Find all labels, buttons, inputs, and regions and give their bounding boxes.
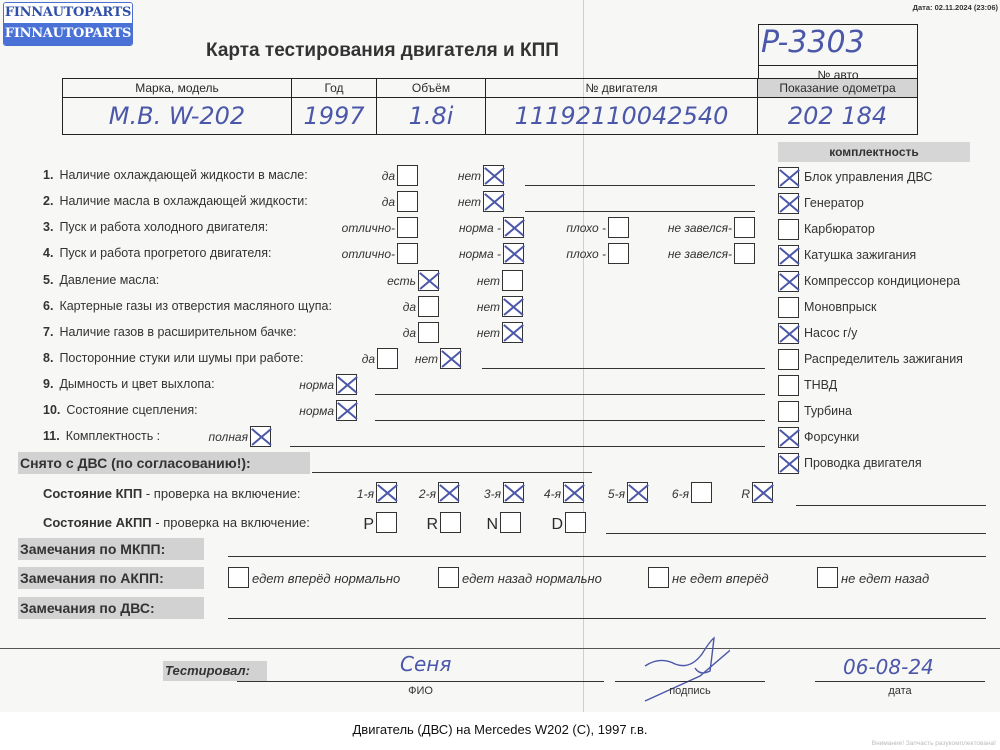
gear-label: 5-я — [608, 487, 625, 501]
position-checkbox[interactable] — [376, 512, 397, 533]
kit-item-checkbox[interactable] — [778, 167, 799, 188]
option-label: да — [382, 169, 395, 183]
question-text: Пуск и работа прогретого двигателя: — [59, 246, 271, 260]
position-checkbox[interactable] — [565, 512, 586, 533]
kit-item-label: Компрессор кондиционера — [804, 274, 960, 288]
q4-option-4-checkbox[interactable] — [734, 243, 755, 264]
question-8: 8.Посторонние стуки или шумы при работе: — [43, 351, 303, 365]
removed-from-engine-label: Снято с ДВС (по согласованию!): — [18, 452, 310, 474]
question-5: 5.Давление масла: — [43, 273, 159, 287]
gear-checkbox[interactable] — [376, 482, 397, 503]
option-label: полная — [209, 430, 248, 444]
value-year: 1997 — [292, 98, 377, 135]
tested-by-label: Тестировал: — [163, 661, 267, 681]
watermark: Внимание! Запчасть разукомплектована! — [872, 740, 996, 747]
question-text: Пуск и работа холодного двигателя: — [59, 220, 268, 234]
gear-checkbox[interactable] — [438, 482, 459, 503]
question-number: 2. — [43, 194, 53, 208]
answer-line[interactable] — [525, 211, 755, 212]
question-11: 11.Комплектность : — [43, 429, 160, 443]
question-number: 9. — [43, 377, 53, 391]
answer-line[interactable] — [482, 368, 765, 369]
date-caption: дата — [815, 685, 985, 697]
option-label: норма — [299, 404, 334, 418]
option-label: норма - — [459, 247, 501, 261]
kit-item-checkbox[interactable] — [778, 375, 799, 396]
option-label: да — [362, 352, 375, 366]
position-checkbox[interactable] — [500, 512, 521, 533]
kit-item-label: Насос г/у — [804, 326, 857, 340]
removed-line — [312, 472, 592, 473]
option-label: нет — [415, 352, 438, 366]
question-number: 3. — [43, 220, 53, 234]
date-stamp: Дата: 02.11.2024 (23:06) — [913, 3, 998, 12]
kit-header: комплектность — [778, 142, 970, 162]
q8-option-2-checkbox[interactable] — [440, 348, 461, 369]
position-label: N — [486, 516, 498, 534]
option-label: отлично- — [342, 247, 395, 261]
q2-option-2-checkbox[interactable] — [483, 191, 504, 212]
kit-item-label: Генератор — [804, 196, 864, 210]
question-number: 11. — [43, 429, 60, 443]
answer-line[interactable] — [525, 185, 755, 186]
value-make-model: M.B. W-202 — [63, 98, 292, 135]
q5-option-1-checkbox[interactable] — [418, 270, 439, 291]
option-label: плохо - — [566, 221, 606, 235]
q6-option-1-checkbox[interactable] — [418, 296, 439, 317]
q2-option-1-checkbox[interactable] — [397, 191, 418, 212]
kit-item-checkbox[interactable] — [778, 401, 799, 422]
question-9: 9.Дымность и цвет выхлопа: — [43, 377, 215, 391]
auto-remark-label: не едет вперёд — [672, 571, 769, 586]
kit-item-label: Блок управления ДВС — [804, 170, 932, 184]
question-1: 1.Наличие охлаждающей жидкости в масле: — [43, 168, 308, 182]
option-label: да — [382, 195, 395, 209]
question-text: Посторонние стуки или шумы при работе: — [59, 351, 303, 365]
q4-option-2-checkbox[interactable] — [503, 243, 524, 264]
auto-remark-checkbox[interactable] — [648, 567, 669, 588]
option-label: да — [403, 326, 416, 340]
remarks-manual-label: Замечания по МКПП: — [18, 538, 204, 560]
auto-gearbox-label: Состояние АКПП - проверка на включение: — [43, 515, 310, 530]
kit-item-label: Карбюратор — [804, 222, 875, 236]
auto-remark-checkbox[interactable] — [438, 567, 459, 588]
kit-item-label: Катушка зажигания — [804, 248, 916, 262]
q6-option-2-checkbox[interactable] — [502, 296, 523, 317]
option-label: не завелся- — [668, 247, 732, 261]
kit-item-checkbox[interactable] — [778, 193, 799, 214]
manual-gearbox-line — [796, 505, 986, 506]
test-date: 06-08-24 — [843, 655, 934, 679]
option-label: отлично- — [342, 221, 395, 235]
image-caption: Двигатель (ДВС) на Mercedes W202 (C), 19… — [0, 722, 1000, 737]
kit-item-checkbox[interactable] — [778, 427, 799, 448]
auto-gearbox-line — [606, 533, 986, 534]
question-4: 4.Пуск и работа прогретого двигателя: — [43, 246, 271, 260]
answer-line[interactable] — [375, 420, 765, 421]
auto-number-value: P-3303 — [761, 25, 865, 60]
question-number: 7. — [43, 325, 53, 339]
gear-checkbox[interactable] — [563, 482, 584, 503]
question-text: Наличие масла в охлаждающей жидкости: — [59, 194, 307, 208]
name-caption: ФИО — [237, 685, 604, 697]
kit-item-checkbox[interactable] — [778, 297, 799, 318]
kit-item-label: ТНВД — [804, 378, 837, 392]
auto-gearbox-label-rest: - проверка на включение: — [152, 515, 310, 530]
option-label: есть — [387, 274, 416, 288]
question-number: 10. — [43, 403, 60, 417]
question-text: Состояние сцепления: — [66, 403, 197, 417]
question-text: Комплектность : — [66, 429, 160, 443]
gear-checkbox[interactable] — [503, 482, 524, 503]
col-odometer: Показание одометра — [758, 79, 918, 98]
q8-option-1-checkbox[interactable] — [377, 348, 398, 369]
col-make-model: Марка, модель — [63, 79, 292, 98]
q3-option-3-checkbox[interactable] — [608, 217, 629, 238]
divider-line — [0, 648, 1000, 649]
q3-option-1-checkbox[interactable] — [397, 217, 418, 238]
gear-label: R — [741, 487, 750, 501]
auto-number-box: P-3303 № авто — [758, 24, 918, 84]
kit-item-checkbox[interactable] — [778, 323, 799, 344]
option-label: нет — [477, 274, 500, 288]
gear-label: 2-я — [419, 487, 436, 501]
question-text: Дымность и цвет выхлопа: — [59, 377, 214, 391]
q10-option-1-checkbox[interactable] — [336, 400, 357, 421]
question-number: 5. — [43, 273, 53, 287]
answer-line[interactable] — [375, 394, 765, 395]
gear-label: 3-я — [484, 487, 501, 501]
q3-option-4-checkbox[interactable] — [734, 217, 755, 238]
option-label: норма - — [459, 221, 501, 235]
kit-item-checkbox[interactable] — [778, 271, 799, 292]
manual-gearbox-label: Состояние КПП - проверка на включение: — [43, 486, 300, 501]
manual-gearbox-label-rest: - проверка на включение: — [142, 486, 300, 501]
answer-line[interactable] — [290, 446, 765, 447]
kit-item-checkbox[interactable] — [778, 349, 799, 370]
brand-logo-line2: FINNAUTOPARTS — [4, 23, 132, 46]
auto-remark-label: едет вперёд нормально — [252, 571, 400, 586]
test-card-document: FINNAUTOPARTS FINNAUTOPARTS Дата: 02.11.… — [0, 0, 1000, 712]
question-number: 1. — [43, 168, 53, 182]
q4-option-1-checkbox[interactable] — [397, 243, 418, 264]
auto-gearbox-label-bold: Состояние АКПП — [43, 515, 152, 530]
position-checkbox[interactable] — [440, 512, 461, 533]
col-year: Год — [292, 79, 377, 98]
signature — [640, 636, 730, 681]
col-volume: Объём — [377, 79, 486, 98]
remarks-auto-label: Замечания по АКПП: — [18, 567, 204, 589]
option-label: нет — [458, 169, 481, 183]
q1-option-1-checkbox[interactable] — [397, 165, 418, 186]
position-label: P — [363, 516, 374, 534]
kit-item-label: Турбина — [804, 404, 852, 418]
position-label: R — [426, 516, 438, 534]
q1-option-2-checkbox[interactable] — [483, 165, 504, 186]
q4-option-3-checkbox[interactable] — [608, 243, 629, 264]
question-7: 7.Наличие газов в расширительном бачке: — [43, 325, 297, 339]
signature-caption: подпись — [615, 685, 765, 697]
option-label: нет — [458, 195, 481, 209]
question-text: Наличие охлаждающей жидкости в масле: — [59, 168, 307, 182]
q11-option-1-checkbox[interactable] — [250, 426, 271, 447]
gear-checkbox[interactable] — [752, 482, 773, 503]
gear-label: 6-я — [672, 487, 689, 501]
gear-checkbox[interactable] — [627, 482, 648, 503]
q9-option-1-checkbox[interactable] — [336, 374, 357, 395]
q7-option-2-checkbox[interactable] — [502, 322, 523, 343]
auto-remark-checkbox[interactable] — [228, 567, 249, 588]
date-line — [815, 681, 985, 682]
question-text: Наличие газов в расширительном бачке: — [59, 325, 296, 339]
question-6: 6.Картерные газы из отверстия масляного … — [43, 299, 332, 313]
signature-line — [615, 681, 765, 682]
manual-gearbox-label-bold: Состояние КПП — [43, 486, 142, 501]
question-text: Картерные газы из отверстия масляного щу… — [59, 299, 331, 313]
option-label: нет — [477, 300, 500, 314]
kit-item-checkbox[interactable] — [778, 219, 799, 240]
name-line — [237, 681, 604, 682]
option-label: да — [403, 300, 416, 314]
q7-option-1-checkbox[interactable] — [418, 322, 439, 343]
gear-label: 1-я — [357, 487, 374, 501]
remarks-engine-label: Замечания по ДВС: — [18, 597, 204, 619]
brand-logo-line1: FINNAUTOPARTS — [4, 3, 132, 23]
kit-item-label: Распределитель зажигания — [804, 352, 963, 366]
q5-option-2-checkbox[interactable] — [502, 270, 523, 291]
brand-logo: FINNAUTOPARTS FINNAUTOPARTS — [3, 2, 133, 46]
kit-item-checkbox[interactable] — [778, 453, 799, 474]
vehicle-header-table: Марка, модель Год Объём № двигателя Пока… — [62, 78, 918, 135]
kit-item-label: Форсунки — [804, 430, 859, 444]
option-label: не завелся- — [668, 221, 732, 235]
position-label: D — [551, 516, 563, 534]
question-3: 3.Пуск и работа холодного двигателя: — [43, 220, 268, 234]
kit-item-label: Моновпрыск — [804, 300, 876, 314]
value-volume: 1.8i — [377, 98, 486, 135]
option-label: нет — [477, 326, 500, 340]
gear-checkbox[interactable] — [691, 482, 712, 503]
question-10: 10.Состояние сцепления: — [43, 403, 198, 417]
q3-option-2-checkbox[interactable] — [503, 217, 524, 238]
gear-label: 4-я — [544, 487, 561, 501]
remarks-engine-line[interactable] — [228, 618, 986, 619]
auto-remark-label: едет назад нормально — [462, 571, 602, 586]
option-label: плохо - — [566, 247, 606, 261]
tester-name: Сеня — [400, 652, 451, 676]
option-label: норма — [299, 378, 334, 392]
page-title: Карта тестирования двигателя и КПП — [206, 40, 559, 62]
remarks-manual-line[interactable] — [228, 556, 986, 557]
question-number: 8. — [43, 351, 53, 365]
kit-item-checkbox[interactable] — [778, 245, 799, 266]
kit-item-label: Проводка двигателя — [804, 456, 922, 470]
question-2: 2.Наличие масла в охлаждающей жидкости: — [43, 194, 308, 208]
auto-remark-label: не едет назад — [841, 571, 929, 586]
col-engine-number: № двигателя — [486, 79, 758, 98]
value-odometer: 202 184 — [758, 98, 918, 135]
question-text: Давление масла: — [59, 273, 159, 287]
question-number: 4. — [43, 246, 53, 260]
value-engine-number: 11192110042540 — [486, 98, 758, 135]
auto-remark-checkbox[interactable] — [817, 567, 838, 588]
question-number: 6. — [43, 299, 53, 313]
